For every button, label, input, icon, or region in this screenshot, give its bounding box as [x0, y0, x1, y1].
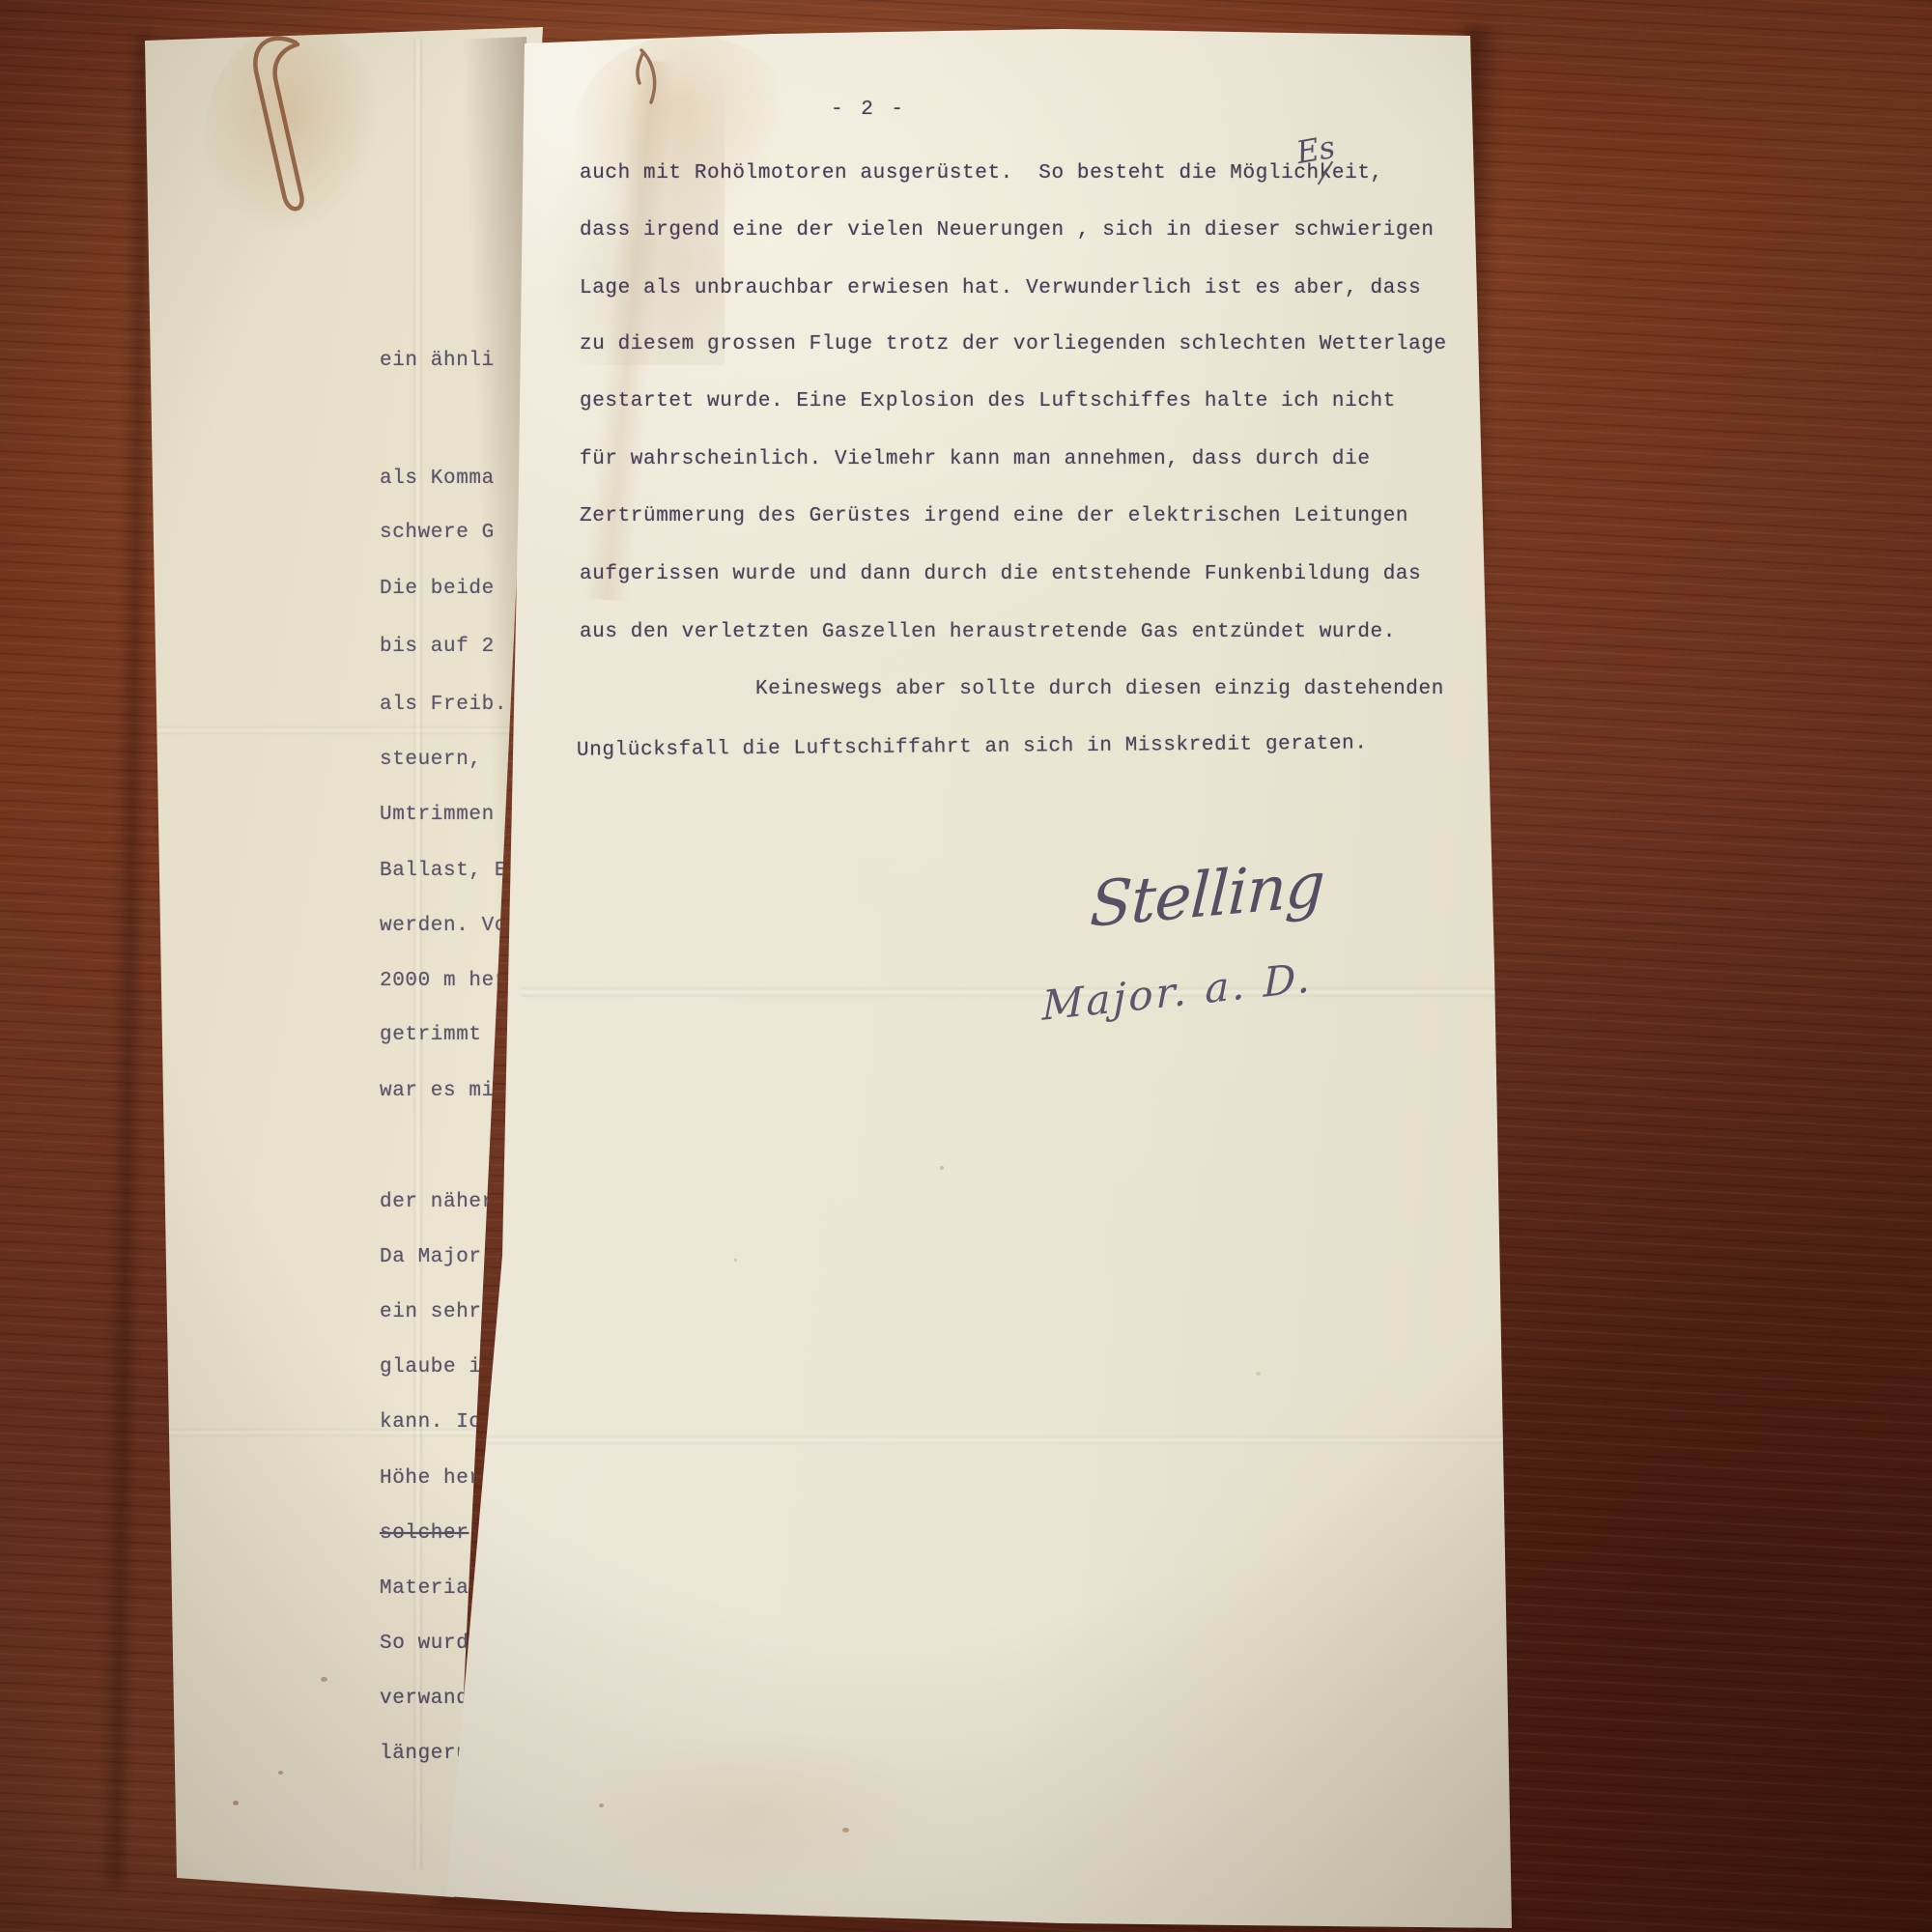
fold-crease [454, 1435, 1505, 1444]
foxing-speck [734, 1259, 737, 1262]
signature: Stelling [1089, 849, 1326, 942]
page-number: - 2 - [831, 99, 906, 121]
foxing-speck [842, 1828, 849, 1833]
paperclip-rust-stain [220, 29, 355, 232]
foxing-speck [233, 1801, 239, 1805]
foxing-speck [940, 1166, 944, 1170]
age-stain [570, 1729, 937, 1893]
typed-line: gestartet wurde. Eine Explosion des Luft… [580, 390, 1396, 412]
struck-word: solcher [380, 1522, 469, 1545]
fold-crease [522, 987, 1499, 997]
typed-line: auch mit Rohölmotoren ausgerüstet. So be… [580, 162, 1383, 185]
typed-line: Keineswegs aber sollte durch diesen einz… [755, 678, 1444, 700]
foxing-speck [599, 1804, 604, 1807]
foxing-speck [1256, 1372, 1261, 1376]
typed-line: dass irgend eine der vielen Neuerungen ,… [580, 219, 1435, 241]
typed-line: Unglücksfall die Luftschiffahrt an sich … [577, 732, 1368, 761]
foxing-speck [321, 1677, 327, 1682]
typed-line: aufgerissen wurde und dann durch die ent… [580, 563, 1421, 585]
typed-line: Zertrümmerung des Gerüstes irgend eine d… [580, 505, 1408, 527]
signature-title: Major. a. D. [1042, 953, 1313, 1030]
typed-line: Lage als unbrauchbar erwiesen hat. Verwu… [580, 277, 1421, 299]
document-photo: ein ähnli als Komma schwere G Die beide … [0, 0, 1932, 1932]
typed-line: aus den verletzten Gaszellen heraustrete… [580, 621, 1396, 643]
typed-line: zu diesem grossen Fluge trotz der vorlie… [580, 333, 1447, 355]
typed-line: für wahrscheinlich. Vielmehr kann man an… [580, 448, 1371, 470]
clip-stain-halo [572, 35, 804, 238]
foxing-speck [278, 1771, 283, 1775]
